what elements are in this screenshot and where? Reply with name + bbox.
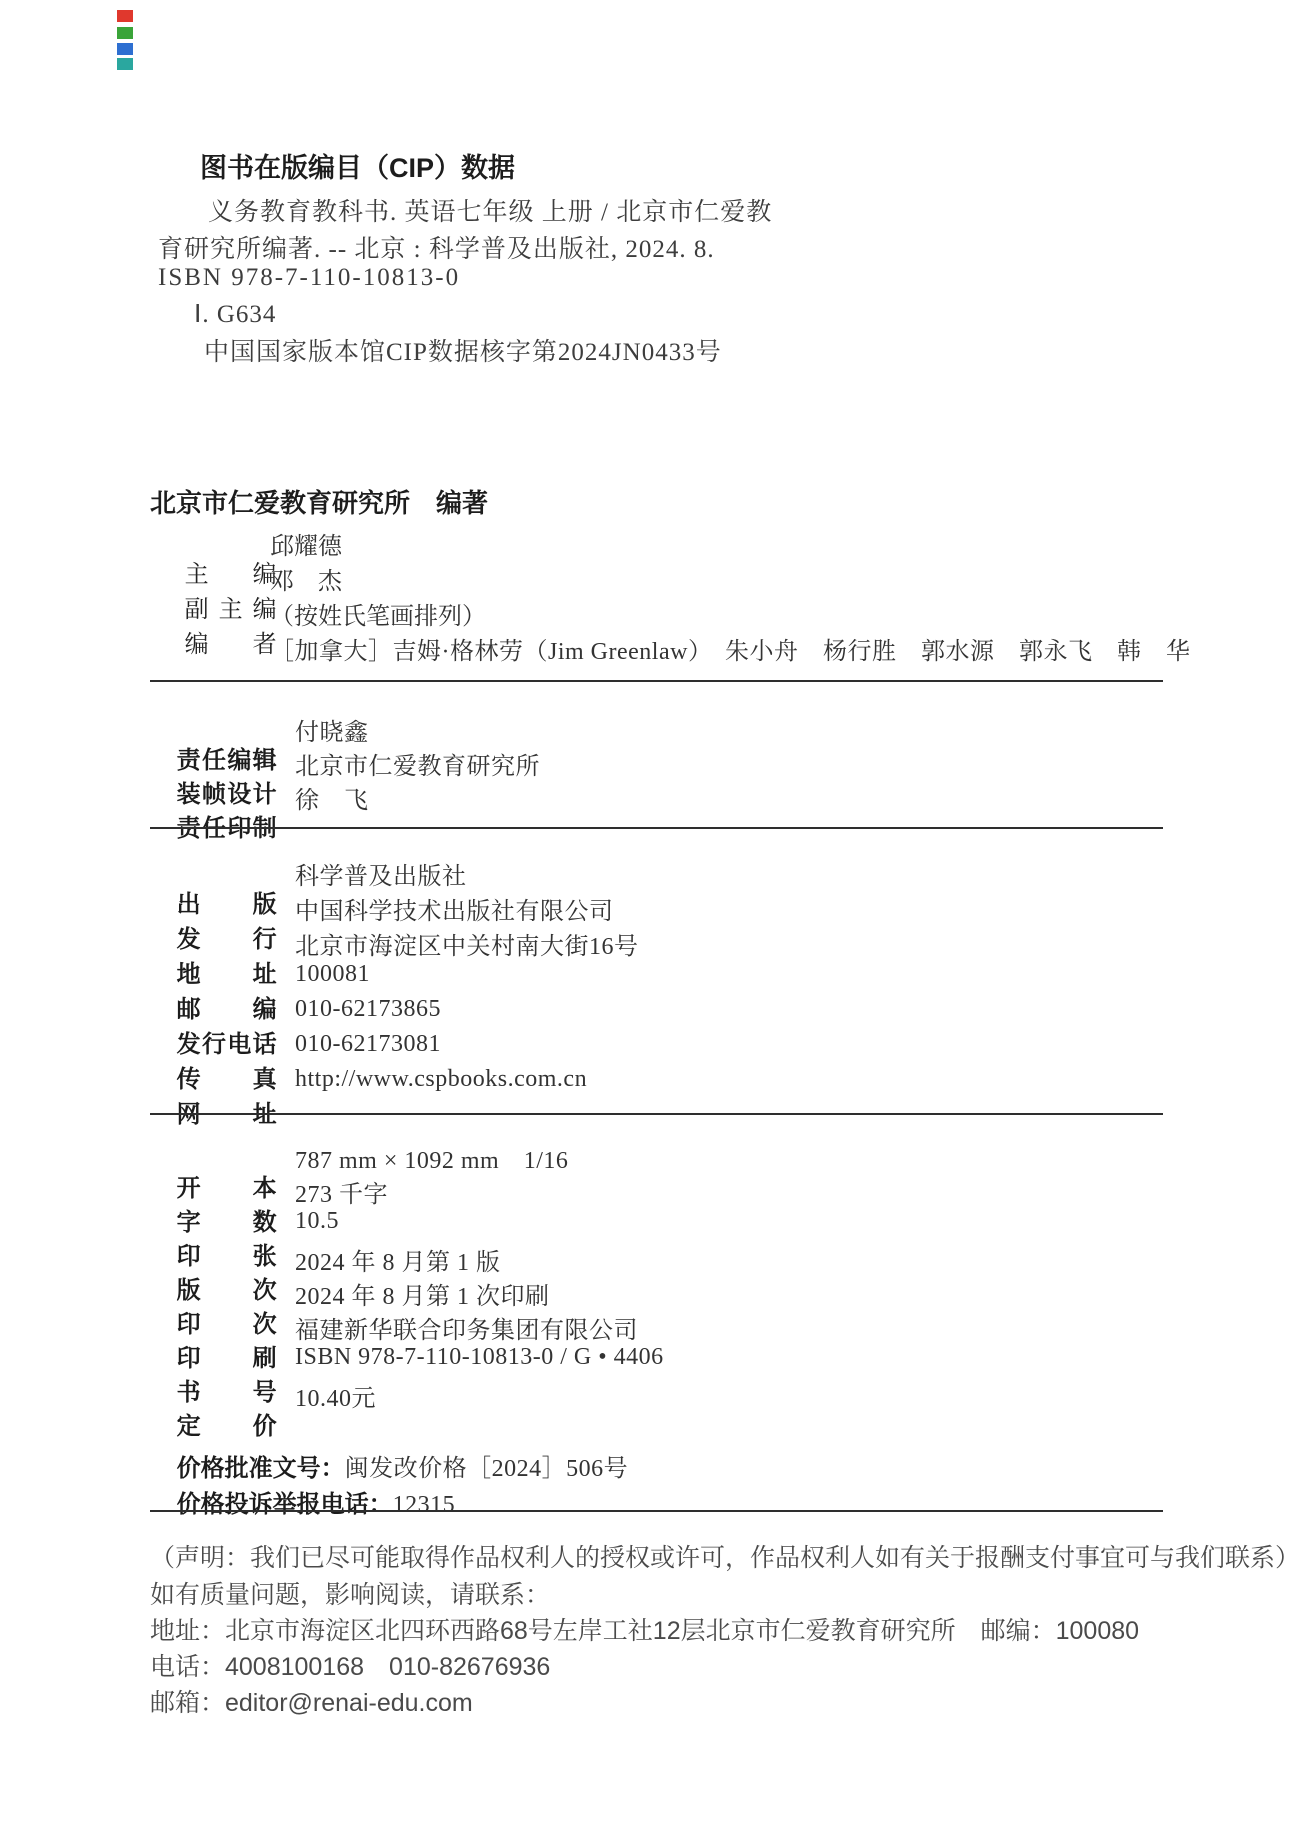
colophon-page: 图书在版编目（CIP）数据 义务教育教科书. 英语七年级 上册 / 北京市仁爱教…: [0, 0, 1303, 1842]
price-complaint-value: 12315: [393, 1492, 456, 1518]
publish-value: 科学普及出版社: [295, 856, 467, 891]
distribute-value: 中国科学技术出版社有限公司: [295, 891, 614, 926]
divider-3: [150, 1113, 1163, 1115]
format-value: 787 mm × 1092 mm 1/16: [295, 1140, 568, 1175]
cip-isbn: ISBN 978-7-110-10813-0: [158, 264, 460, 292]
editors-row: 编者 （按姓氏笔画排列）: [158, 596, 277, 715]
sales-phone-value: 010-62173865: [295, 996, 441, 1023]
editors-note: （按姓氏笔画排列）: [270, 596, 486, 631]
red-chip-icon: [117, 10, 133, 22]
print-supervisor-value: 徐 飞: [295, 780, 369, 815]
quality-notice: 如有质量问题，影响阅读，请联系：: [150, 1575, 550, 1611]
cip-classification: Ⅰ. G634: [194, 299, 276, 329]
website-url: http://www.cspbooks.com.cn: [295, 1066, 587, 1093]
divider-4: [150, 1510, 1163, 1512]
compiler-header: 北京市仁爱教育研究所 编著: [150, 483, 488, 520]
cip-line-1: 义务教育教科书. 英语七年级 上册 / 北京市仁爱教: [208, 192, 772, 228]
contact-address: 地址：北京市海淀区北四环西路68号左岸工社12层北京市仁爱教育研究所 邮编：10…: [150, 1611, 1139, 1647]
contact-email: 邮箱：editor@renai-edu.com: [150, 1683, 473, 1719]
deputy-editor-value: 邓 杰: [270, 561, 342, 596]
green-chip-icon: [117, 27, 133, 39]
blue-chip-icon: [117, 43, 133, 55]
cip-title: 图书在版编目（CIP）数据: [200, 146, 515, 185]
print-supervisor-label: 责任印制: [177, 808, 277, 843]
list-price-value: 10.40元: [295, 1378, 376, 1413]
rights-statement: （声明：我们已尽可能取得作品权利人的授权或许可，作品权利人如有关于报酬支付事宜可…: [150, 1538, 1300, 1574]
divider-2: [150, 827, 1163, 829]
sheets-value: 10.5: [295, 1208, 339, 1235]
contact-phone: 电话：4008100168 010-82676936: [150, 1647, 550, 1683]
contributors-line: ［加拿大］吉姆·格林劳（Jim Greenlaw） 朱小舟 杨行胜 郭水源 郭永…: [270, 631, 1190, 666]
teal-chip-icon: [117, 58, 133, 70]
impression-value: 2024 年 8 月第 1 次印刷: [295, 1276, 550, 1311]
divider-1: [150, 680, 1163, 682]
fax-value: 010-62173081: [295, 1031, 441, 1058]
postcode-value: 100081: [295, 961, 370, 988]
chief-editor-value: 邱耀德: [270, 526, 342, 561]
responsible-editor-value: 付晓鑫: [295, 712, 369, 747]
website-label: 网址: [177, 1094, 277, 1129]
address-value: 北京市海淀区中关村南大街16号: [295, 926, 639, 961]
printer-value: 福建新华联合印务集团有限公司: [295, 1310, 638, 1345]
wordcount-value: 273 千字: [295, 1174, 388, 1209]
price-complaint-label: 价格投诉举报电话：: [177, 1491, 393, 1518]
price-complaint-row: 价格投诉举报电话：12315: [150, 1456, 455, 1547]
edition-value: 2024 年 8 月第 1 版: [295, 1242, 501, 1277]
book-number-value: ISBN 978-7-110-10813-0 / G • 4406: [295, 1344, 664, 1371]
cip-line-2: 育研究所编著. -- 北京 : 科学普及出版社, 2024. 8.: [158, 229, 715, 265]
design-value: 北京市仁爱教育研究所: [295, 746, 540, 781]
editors-label: 编者: [185, 624, 277, 659]
cip-record-number: 中国国家版本馆CIP数据核字第2024JN0433号: [204, 332, 722, 368]
